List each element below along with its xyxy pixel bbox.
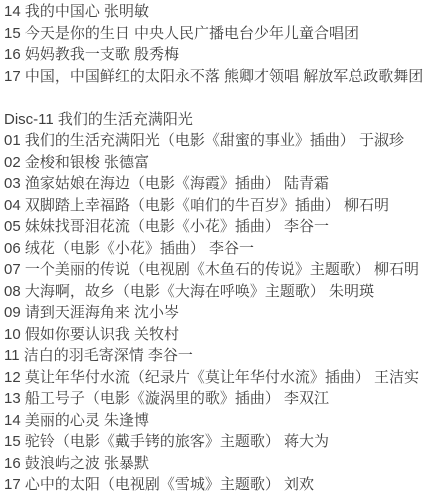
track-line: 10 假如你要认识我 关牧村 xyxy=(4,324,441,346)
track-line: 07 一个美丽的传说（电视剧《木鱼石的传说》主题歌） 柳石明 xyxy=(4,259,441,281)
disc-header: Disc-11 我们的生活充满阳光 xyxy=(4,109,441,131)
track-line: 16 鼓浪屿之波 张暴默 xyxy=(4,453,441,475)
track-line: 05 妹妹找哥泪花流（电影《小花》插曲） 李谷一 xyxy=(4,216,441,238)
track-line: 17 中国，中国鲜红的太阳永不落 熊卿才领唱 解放军总政歌舞团 xyxy=(4,66,441,88)
track-line: 03 渔家姑娘在海边（电影《海霞》插曲） 陆青霜 xyxy=(4,173,441,195)
track-line: 13 船工号子（电影《漩涡里的歌》插曲） 李双江 xyxy=(4,388,441,410)
track-line: 06 绒花（电影《小花》插曲） 李谷一 xyxy=(4,238,441,260)
track-line: 14 我的中国心 张明敏 xyxy=(4,1,441,23)
track-line: 02 金梭和银梭 张德富 xyxy=(4,152,441,174)
track-line: 15 今天是你的生日 中央人民广播电台少年儿童合唱团 xyxy=(4,23,441,45)
track-line: 16 妈妈教我一支歌 殷秀梅 xyxy=(4,44,441,66)
track-line: 15 驼铃（电影《戴手铐的旅客》主题歌） 蒋大为 xyxy=(4,431,441,453)
track-line: 14 美丽的心灵 朱逢博 xyxy=(4,410,441,432)
track-line: 01 我们的生活充满阳光（电影《甜蜜的事业》插曲） 于淑珍 xyxy=(4,130,441,152)
track-line: 12 莫让年华付水流（纪录片《莫让年华付水流》插曲） 王洁实 xyxy=(4,367,441,389)
blank-line xyxy=(4,87,441,109)
track-line: 11 洁白的羽毛寄深情 李谷一 xyxy=(4,345,441,367)
track-line: 04 双脚踏上幸福路（电影《咱们的牛百岁》插曲） 柳石明 xyxy=(4,195,441,217)
track-line: 08 大海啊，故乡（电影《大海在呼唤》主题歌） 朱明瑛 xyxy=(4,281,441,303)
track-line: 17 心中的太阳（电视剧《雪城》主题歌） 刘欢 xyxy=(4,474,441,495)
track-line: 09 请到天涯海角来 沈小岑 xyxy=(4,302,441,324)
track-listing-document: 14 我的中国心 张明敏 15 今天是你的生日 中央人民广播电台少年儿童合唱团 … xyxy=(0,0,441,495)
